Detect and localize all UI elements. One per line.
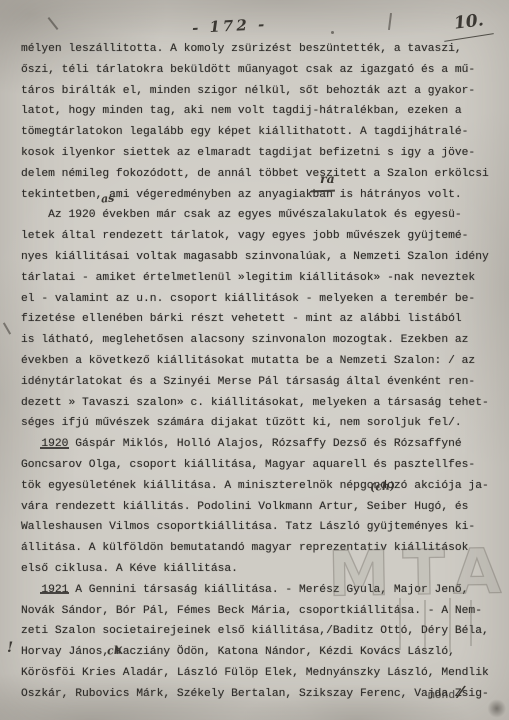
- document-line: 1921 A Gennini társaság kiállitása. - Me…: [21, 580, 489, 601]
- document-line: mélyen leszállitotta. A komoly zsürizést…: [21, 39, 489, 60]
- document-line: dezett » Tavaszi szalon» c. kiállitásoka…: [21, 393, 489, 414]
- pencil-dot-mark: [331, 31, 334, 34]
- trailing-word: mond: [428, 690, 455, 702]
- document-line: Körösföi Kries Aladár, László Fülöp Elek…: [21, 663, 489, 684]
- document-line: latot, hogy minden tag, aki nem volt tag…: [21, 101, 489, 122]
- document-line: táros birálták el, minden szigor nélkül,…: [21, 81, 489, 102]
- watermark-bar: [449, 598, 451, 652]
- handwritten-correction-ch-seiber: (ch): [370, 479, 396, 494]
- document-line: idénytárlatokat és a Szinyéi Merse Pál t…: [21, 372, 489, 393]
- document-line: séges ifjú művészek számára dijakat tűzö…: [21, 413, 489, 434]
- margin-exclamation-mark: !: [7, 640, 13, 656]
- typewritten-text-block: mélyen leszállitotta. A komoly zsürizést…: [21, 39, 489, 705]
- document-line: is látható, meglehetősen alacsony szinvo…: [21, 330, 489, 351]
- document-line: Walleshausen Vilmos csoportkiállitása. T…: [21, 517, 489, 538]
- handwritten-correction-ch-kries: ch: [107, 644, 123, 658]
- document-line: Goncsarov Olga, csoport kiállitása, Magy…: [21, 455, 489, 476]
- document-line: kosok ilyenkor siettek az elmaradt tagdi…: [21, 143, 489, 164]
- handwritten-correction-ra: ra: [320, 171, 335, 186]
- pencil-stroke-mark: [3, 322, 11, 334]
- year-1921-underline: [40, 592, 69, 594]
- document-line: tekintetben, ami végeredményben az anyag…: [21, 185, 489, 206]
- handwritten-correction-as: as: [100, 191, 114, 205]
- watermark-bar: [424, 600, 426, 652]
- document-line: Horvay János, Kacziány Ödön, Katona Nánd…: [21, 642, 489, 663]
- document-line: állitása. A külföldön bemutatandó magyar…: [21, 538, 489, 559]
- document-line: fizetése ellenében bárki részt vehetett …: [21, 309, 489, 330]
- document-line: Az 1920 években már csak az egyes művész…: [21, 205, 489, 226]
- document-line: vára rendezett kiállitás. Podolini Volkm…: [21, 497, 489, 518]
- year-1920-underline: [40, 447, 69, 449]
- pencil-stroke-mark: [388, 13, 392, 30]
- document-line: tömegtárlatokon legalább egy képet kiáll…: [21, 122, 489, 143]
- handwritten-page-number-center: - 172 -: [192, 15, 268, 37]
- document-line: 1920 Gáspár Miklós, Holló Alajos, Rózsaf…: [21, 434, 489, 455]
- document-line: el - valamint az u.n. csoport kiállitáso…: [21, 289, 489, 310]
- watermark-bar: [399, 598, 401, 650]
- document-line: Novák Sándor, Bór Pál, Fémes Beck Mária,…: [21, 601, 489, 622]
- document-line: Oszkár, Rubovics Márk, Székely Bertalan,…: [21, 684, 489, 705]
- document-line: években a következő kiállitásokat mutatt…: [21, 351, 489, 372]
- scanned-document-page: - 172 - 10. mélyen leszállitotta. A komo…: [0, 0, 509, 720]
- document-line: első ciklusa. A Kéve kiállitása.: [21, 559, 489, 580]
- document-line: zeti Szalon societairejeinek első kiálli…: [21, 621, 489, 642]
- document-line: nyes kiállitásai voltak magasabb szinvon…: [21, 247, 489, 268]
- document-line: delem némileg fokozódott, de annál többe…: [21, 164, 489, 185]
- pencil-stroke-mark: [48, 17, 59, 30]
- document-line: tök egyesületének kiállitása. A miniszte…: [21, 476, 489, 497]
- document-line: letek által rendezett tárlatok, vagy egy…: [21, 226, 489, 247]
- handwritten-page-number-corner: 10.: [453, 10, 485, 33]
- document-line: tárlatai - amiket értelmetlenül »legitim…: [21, 268, 489, 289]
- document-line: őszi, téli tárlatokra beküldött műanyago…: [21, 60, 489, 81]
- watermark-bar: [470, 600, 472, 646]
